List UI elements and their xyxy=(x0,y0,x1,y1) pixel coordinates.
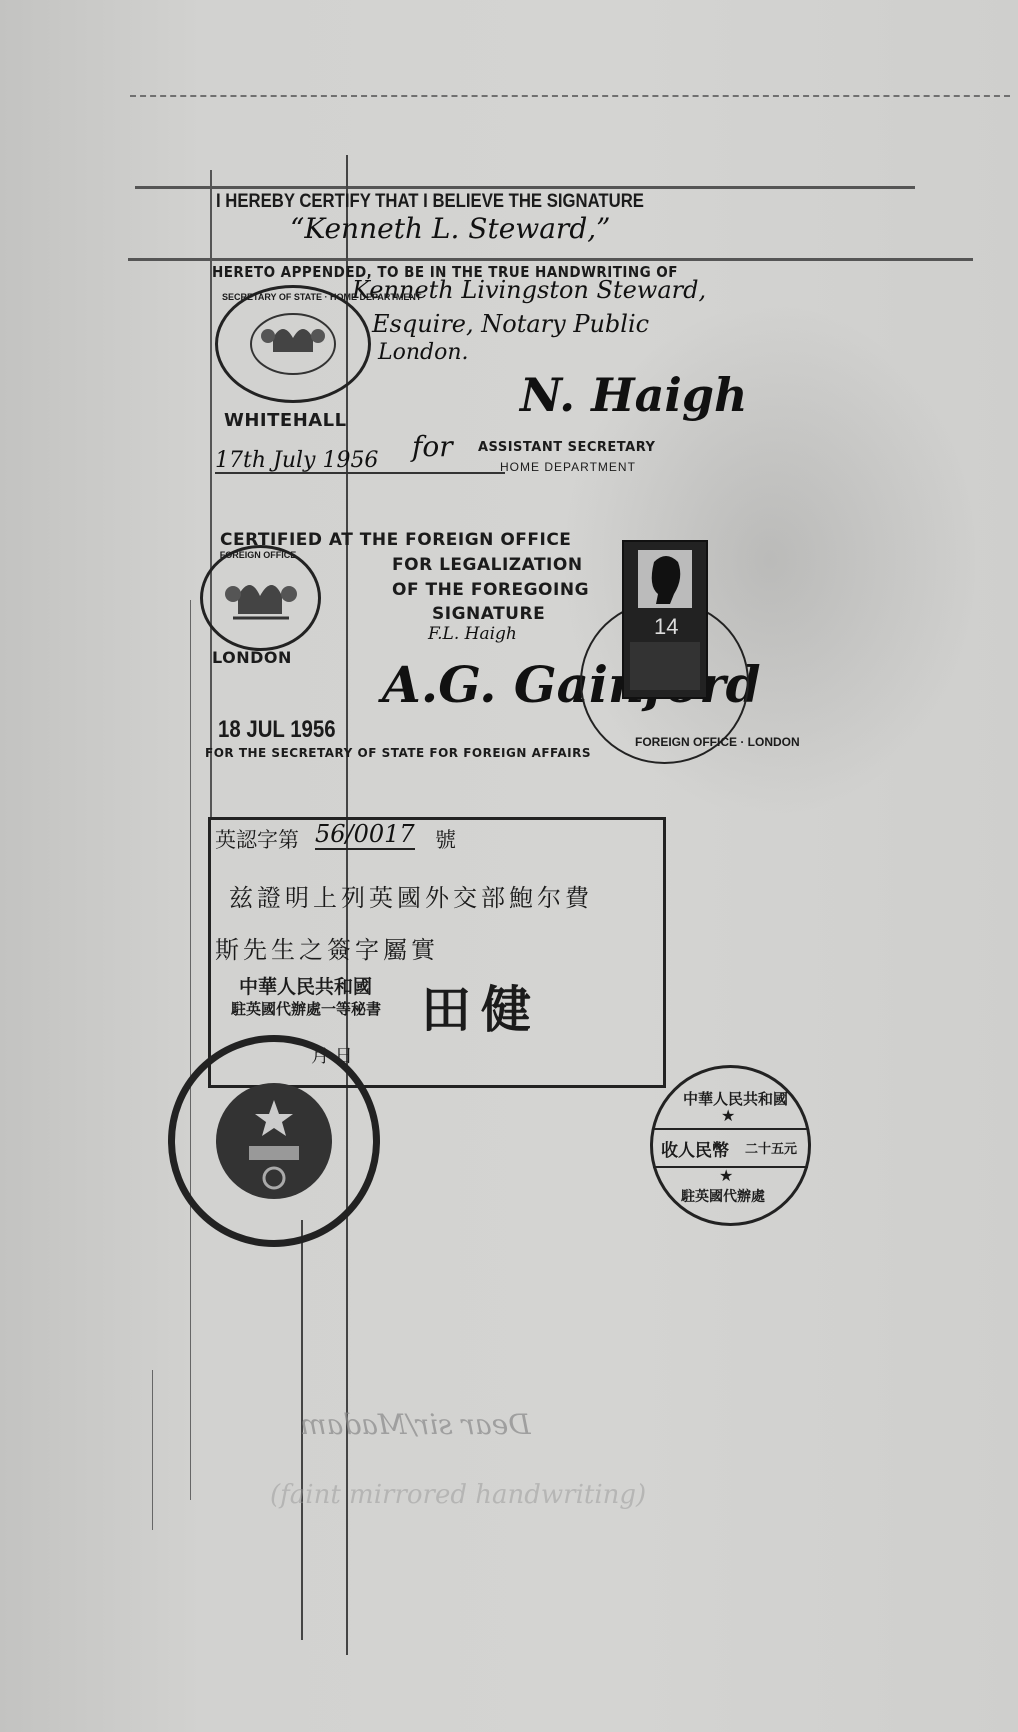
fee-middle-right: 二十五元 xyxy=(745,1138,797,1157)
fee-seal-top: 中華人民共和國 xyxy=(683,1088,788,1109)
rule-line xyxy=(128,258,973,261)
fo-seal-text: FOREIGN OFFICE xyxy=(218,550,298,560)
royal-arms-icon xyxy=(203,548,318,648)
embassy-seal xyxy=(168,1035,380,1247)
document-page: I HEREBY CERTIFY THAT I BELIEVE THE SIGN… xyxy=(0,0,1018,1732)
home-office-date: 17th July 1956 xyxy=(215,448,378,473)
fo-line-4: SIGNATURE xyxy=(432,604,545,624)
ref-suffix: 號 xyxy=(435,824,456,854)
ref-label: 英認字第 xyxy=(215,824,299,854)
national-emblem-icon xyxy=(175,1042,373,1240)
quoted-signature: “Kenneth L. Steward,” xyxy=(290,212,610,245)
fee-seal: 中華人民共和國 ★ 收人民幣 二十五元 ★ 駐英國代辦處 xyxy=(650,1065,811,1226)
ref-number: 56/0017 xyxy=(315,820,415,850)
org-line-2: 駐英國代辦處一等秘書 xyxy=(231,998,381,1019)
fee-seal-bottom: 駐英國代辦處 xyxy=(681,1186,765,1206)
handwritten-name-3: London. xyxy=(378,340,469,365)
rule-line xyxy=(135,186,915,189)
place-whitehall: WHITEHALL xyxy=(224,410,347,431)
royal-arms-icon xyxy=(218,288,368,400)
fee-middle-left: 收人民幣 xyxy=(661,1136,729,1161)
body-line-2: 斯先生之簽字屬實 xyxy=(215,930,439,965)
place-london: LONDON xyxy=(212,648,292,667)
top-dashed-rule xyxy=(130,95,1010,97)
cancel-seal-text: FOREIGN OFFICE · LONDON xyxy=(635,735,800,749)
assistant-secretary-title: ASSISTANT SECRETARY xyxy=(478,440,655,455)
handwritten-name-2: Esquire, Notary Public xyxy=(372,310,649,338)
bleed-through-line-2: (faint mirrored handwriting) xyxy=(270,1480,646,1510)
star-icon: ★ xyxy=(721,1106,735,1126)
org-line-1: 中華人民共和國 xyxy=(239,972,372,999)
stamp-value: 14 xyxy=(654,614,678,640)
for-prefix: for xyxy=(412,430,453,463)
fo-handwritten-name: F.L. Haigh xyxy=(428,624,517,644)
bleed-through-line-1: Dear sir/Madam xyxy=(300,1408,531,1441)
star-icon: ★ xyxy=(719,1166,733,1186)
certify-line: I HEREBY CERTIFY THAT I BELIEVE THE SIGN… xyxy=(216,191,644,213)
fo-date-stamp: 18 JUL 1956 xyxy=(218,716,336,744)
home-department-seal xyxy=(215,285,371,403)
fee-band: 收人民幣 二十五元 xyxy=(653,1128,808,1168)
fo-for-line: FOR THE SECRETARY OF STATE FOR FOREIGN A… xyxy=(205,746,591,760)
foreign-office-seal xyxy=(200,545,321,651)
margin-line xyxy=(152,1370,153,1530)
date-underline xyxy=(215,472,505,474)
fo-line-3: OF THE FOREGOING xyxy=(392,580,589,600)
body-line-1: 兹證明上列英國外交部鮑尔費 xyxy=(229,878,593,913)
home-seal-text: SECRETARY OF STATE · HOME DEPARTMENT xyxy=(222,292,362,302)
fo-line-2: FOR LEGALIZATION xyxy=(392,555,583,575)
revenue-stamp: 14 xyxy=(622,540,708,699)
assistant-secretary-signature: N. Haigh xyxy=(520,368,747,422)
signer-name: 田健 xyxy=(421,970,541,1042)
home-department-title: HOME DEPARTMENT xyxy=(500,460,636,474)
